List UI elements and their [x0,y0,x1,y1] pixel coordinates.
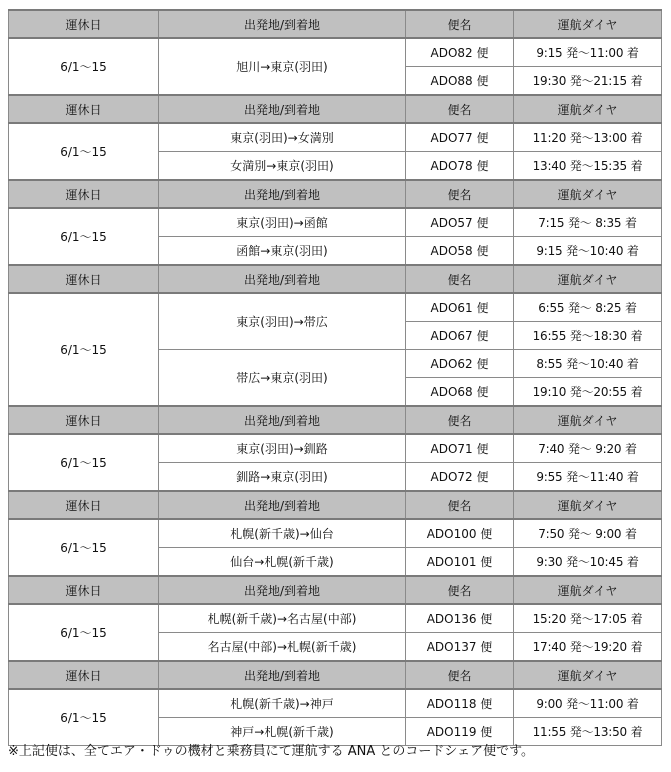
suspension-schedule-table: 運休日出発地/到着地便名運航ダイヤ6/1〜15旭川→東京(羽田)ADO82 便9… [8,9,662,746]
header-row: 運休日出発地/到着地便名運航ダイヤ [9,406,662,434]
header-row: 運休日出発地/到着地便名運航ダイヤ [9,576,662,604]
schedule-time-cell: 6:55 発〜 8:25 着 [514,293,662,322]
header-row: 運休日出発地/到着地便名運航ダイヤ [9,491,662,519]
flight-column-header: 便名 [406,576,514,604]
flight-row: 6/1〜15東京(羽田)→女満別ADO77 便11:20 発〜13:00 着 [9,123,662,152]
suspension-date-cell: 6/1〜15 [9,519,159,576]
schedule-column-header: 運航ダイヤ [514,95,662,123]
route-cell: 旭川→東京(羽田) [159,38,406,95]
schedule-column-header: 運航ダイヤ [514,491,662,519]
route-cell: 札幌(新千歳)→神戸 [159,689,406,718]
flight-number-cell: ADO82 便 [406,38,514,67]
schedule-time-cell: 16:55 発〜18:30 着 [514,322,662,350]
flight-number-cell: ADO118 便 [406,689,514,718]
flight-number-cell: ADO57 便 [406,208,514,237]
route-cell: 東京(羽田)→女満別 [159,123,406,152]
schedule-time-cell: 9:15 発〜10:40 着 [514,237,662,266]
route-cell: 東京(羽田)→帯広 [159,293,406,350]
flight-number-cell: ADO68 便 [406,378,514,407]
route-cell: 札幌(新千歳)→名古屋(中部) [159,604,406,633]
flight-number-cell: ADO100 便 [406,519,514,548]
date-column-header: 運休日 [9,406,159,434]
date-column-header: 運休日 [9,180,159,208]
schedule-time-cell: 7:50 発〜 9:00 着 [514,519,662,548]
schedule-time-cell: 19:30 発〜21:15 着 [514,67,662,96]
route-column-header: 出発地/到着地 [159,576,406,604]
flight-number-cell: ADO101 便 [406,548,514,577]
schedule-time-cell: 9:30 発〜10:45 着 [514,548,662,577]
flight-number-cell: ADO77 便 [406,123,514,152]
route-cell: 札幌(新千歳)→仙台 [159,519,406,548]
schedule-column-header: 運航ダイヤ [514,10,662,38]
header-row: 運休日出発地/到着地便名運航ダイヤ [9,95,662,123]
flight-row: 6/1〜15札幌(新千歳)→神戸ADO118 便9:00 発〜11:00 着 [9,689,662,718]
suspension-date-cell: 6/1〜15 [9,689,159,746]
schedule-time-cell: 19:10 発〜20:55 着 [514,378,662,407]
route-column-header: 出発地/到着地 [159,180,406,208]
flight-column-header: 便名 [406,406,514,434]
flight-column-header: 便名 [406,180,514,208]
flight-number-cell: ADO78 便 [406,152,514,181]
flight-number-cell: ADO61 便 [406,293,514,322]
flight-number-cell: ADO137 便 [406,633,514,662]
route-column-header: 出発地/到着地 [159,10,406,38]
schedule-table-body: 運休日出発地/到着地便名運航ダイヤ6/1〜15旭川→東京(羽田)ADO82 便9… [9,10,662,746]
flight-row: 6/1〜15東京(羽田)→函館ADO57 便7:15 発〜 8:35 着 [9,208,662,237]
schedule-time-cell: 8:55 発〜10:40 着 [514,350,662,378]
route-cell: 仙台→札幌(新千歳) [159,548,406,577]
date-column-header: 運休日 [9,491,159,519]
schedule-time-cell: 9:15 発〜11:00 着 [514,38,662,67]
header-row: 運休日出発地/到着地便名運航ダイヤ [9,265,662,293]
route-column-header: 出発地/到着地 [159,661,406,689]
schedule-column-header: 運航ダイヤ [514,406,662,434]
flight-column-header: 便名 [406,95,514,123]
schedule-time-cell: 9:55 発〜11:40 着 [514,463,662,492]
route-cell: 釧路→東京(羽田) [159,463,406,492]
header-row: 運休日出発地/到着地便名運航ダイヤ [9,180,662,208]
route-column-header: 出発地/到着地 [159,95,406,123]
flight-column-header: 便名 [406,491,514,519]
route-column-header: 出発地/到着地 [159,406,406,434]
suspension-date-cell: 6/1〜15 [9,208,159,265]
suspension-date-cell: 6/1〜15 [9,38,159,95]
flight-row: 6/1〜15東京(羽田)→帯広ADO61 便6:55 発〜 8:25 着 [9,293,662,322]
suspension-date-cell: 6/1〜15 [9,293,159,406]
flight-number-cell: ADO58 便 [406,237,514,266]
date-column-header: 運休日 [9,10,159,38]
codeshare-footnote: ※上記便は、全てエア・ドゥの機材と乗務員にて運航する ANA とのコードシェア便… [8,740,534,759]
flight-column-header: 便名 [406,10,514,38]
schedule-column-header: 運航ダイヤ [514,265,662,293]
schedule-time-cell: 11:20 発〜13:00 着 [514,123,662,152]
date-column-header: 運休日 [9,576,159,604]
flight-row: 6/1〜15札幌(新千歳)→仙台ADO100 便7:50 発〜 9:00 着 [9,519,662,548]
route-column-header: 出発地/到着地 [159,491,406,519]
header-row: 運休日出発地/到着地便名運航ダイヤ [9,10,662,38]
schedule-time-cell: 17:40 発〜19:20 着 [514,633,662,662]
route-cell: 東京(羽田)→釧路 [159,434,406,463]
route-cell: 名古屋(中部)→札幌(新千歳) [159,633,406,662]
schedule-column-header: 運航ダイヤ [514,180,662,208]
route-cell: 東京(羽田)→函館 [159,208,406,237]
flight-number-cell: ADO136 便 [406,604,514,633]
suspension-date-cell: 6/1〜15 [9,604,159,661]
flight-number-cell: ADO62 便 [406,350,514,378]
flight-number-cell: ADO88 便 [406,67,514,96]
flight-number-cell: ADO67 便 [406,322,514,350]
flight-row: 6/1〜15旭川→東京(羽田)ADO82 便9:15 発〜11:00 着 [9,38,662,67]
schedule-time-cell: 7:15 発〜 8:35 着 [514,208,662,237]
flight-column-header: 便名 [406,265,514,293]
route-cell: 函館→東京(羽田) [159,237,406,266]
schedule-time-cell: 13:40 発〜15:35 着 [514,152,662,181]
schedule-column-header: 運航ダイヤ [514,661,662,689]
flight-row: 6/1〜15札幌(新千歳)→名古屋(中部)ADO136 便15:20 発〜17:… [9,604,662,633]
schedule-time-cell: 15:20 発〜17:05 着 [514,604,662,633]
schedule-column-header: 運航ダイヤ [514,576,662,604]
flight-column-header: 便名 [406,661,514,689]
schedule-time-cell: 11:55 発〜13:50 着 [514,718,662,746]
route-cell: 女満別→東京(羽田) [159,152,406,181]
flight-number-cell: ADO71 便 [406,434,514,463]
flight-row: 6/1〜15東京(羽田)→釧路ADO71 便7:40 発〜 9:20 着 [9,434,662,463]
date-column-header: 運休日 [9,661,159,689]
schedule-time-cell: 9:00 発〜11:00 着 [514,689,662,718]
flight-number-cell: ADO72 便 [406,463,514,492]
header-row: 運休日出発地/到着地便名運航ダイヤ [9,661,662,689]
route-column-header: 出発地/到着地 [159,265,406,293]
route-cell: 帯広→東京(羽田) [159,350,406,407]
suspension-date-cell: 6/1〜15 [9,123,159,180]
suspension-date-cell: 6/1〜15 [9,434,159,491]
schedule-time-cell: 7:40 発〜 9:20 着 [514,434,662,463]
date-column-header: 運休日 [9,95,159,123]
date-column-header: 運休日 [9,265,159,293]
